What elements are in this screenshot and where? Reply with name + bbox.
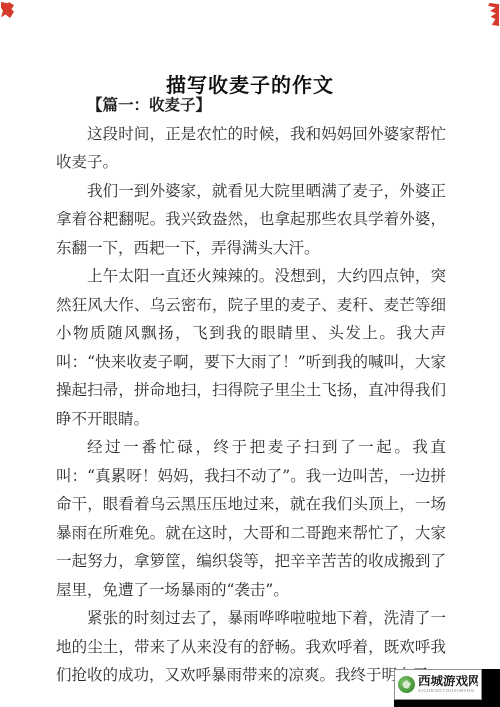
site-subtext: XICHENGYOUXIWANG [418, 690, 472, 695]
site-badge-text: 西城游戏网 XICHENGYOUXIWANG [418, 675, 478, 695]
site-name: 西城游戏网 [418, 675, 478, 688]
site-logo-icon [398, 676, 415, 693]
paragraph: 紧张的时刻过去了，暴雨哗哗啦啦地下着，洗清了一地的尘土，带来了从来没有的舒畅。我… [56, 604, 446, 690]
paragraph: 这段时间，正是农忙的时候，我和妈妈回外婆家帮忙收麦子。 [56, 120, 446, 177]
article-body: 【篇一：收麦子】 这段时间，正是农忙的时候，我和妈妈回外婆家帮忙收麦子。 我们一… [56, 91, 446, 690]
red-stamp-icon [1, 2, 14, 18]
paragraph: 我们一到外婆家，就看见大院里晒满了麦子，外婆正拿着谷耙翻呢。我兴致盎然，也拿起那… [56, 177, 446, 263]
paragraph: 上午太阳一直还火辣辣的。没想到，大约四点钟，突然狂风大作、乌云密布，院子里的麦子… [56, 262, 446, 433]
document-page: 描写收麦子的作文 【篇一：收麦子】 这段时间，正是农忙的时候，我和妈妈回外婆家帮… [0, 0, 500, 707]
site-watermark-badge: 西城游戏网 XICHENGYOUXIWANG [394, 669, 482, 700]
paragraph: 经过一番忙碌，终于把麦子扫到了一起。我直叫：“真累呀！妈妈，我扫不动了”。我一边… [56, 433, 446, 604]
section-header: 【篇一：收麦子】 [56, 91, 446, 120]
red-stamp-icon [487, 3, 499, 26]
